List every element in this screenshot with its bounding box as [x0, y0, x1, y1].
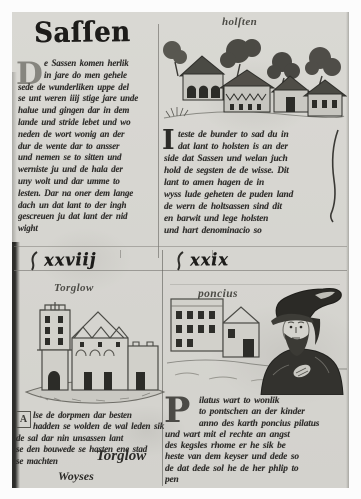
text-line: to pontschen an der kinder — [199, 407, 348, 418]
text-column-poncius: ilatus wart to wonlikto pontschen an der… — [165, 396, 348, 486]
text-line: hold de segsten de de wisse. Dit — [164, 165, 347, 177]
text-line: de dat dede sol he de her phlip to — [165, 464, 348, 475]
paragraph-mark — [30, 251, 40, 271]
text-line: hadden se wolden de wal leden sik — [33, 421, 166, 432]
castle-illustration — [20, 294, 170, 408]
text-line: dach un dat lant to der ingh — [18, 200, 159, 212]
column-divider-top — [158, 24, 159, 258]
text-line: anno des karth poncius pilatus — [199, 419, 348, 430]
text-line: in jare do men gehele — [44, 70, 159, 82]
text-line: wight — [18, 223, 159, 235]
text-line: dat lant to holsten is an der — [178, 141, 347, 153]
text-line: gescreuen ju dat lant der nid — [18, 211, 159, 223]
big-word-torglow: Torglow — [96, 448, 146, 465]
text-line: sede de wunderliken uppe del — [18, 82, 159, 94]
paragraph-mark — [176, 251, 186, 271]
village-illustration — [160, 36, 347, 132]
text-line: des kegsles rhome er he sik be — [165, 441, 348, 452]
column-divider-bottom — [162, 250, 163, 486]
text-line: lse de dorpmen dar besten — [33, 410, 166, 421]
text-line: se unt weren iiij stige jare unde — [18, 93, 159, 105]
text-line: de sal dar nin unsassen lant — [16, 433, 166, 444]
text-line: e Sassen komen herlik — [44, 58, 159, 70]
text-line: neden de wort wonig an der — [18, 129, 159, 141]
text-line: de wern de holtsassen sind dit — [164, 201, 347, 213]
margin-flourish — [328, 128, 342, 224]
manuscript-page: Saſſen D e Sassen komen herlikin jare do… — [12, 12, 349, 488]
text-line: und wart mit el rechte an angst — [165, 430, 348, 441]
text-line: dur de wente dar to ansser — [18, 141, 159, 153]
photo-frame: Saſſen D e Sassen komen herlikin jare do… — [0, 0, 361, 499]
text-line: heste van dem keyser und dede so — [165, 452, 348, 463]
text-line: werniste ju und de hala der — [18, 164, 159, 176]
text-line: uny wolt und dar umme to — [18, 176, 159, 188]
text-line: wyss lude geheten de puden land — [164, 189, 347, 201]
ruled-line — [14, 246, 347, 247]
text-line: halue und gingen dar in dem — [18, 105, 159, 117]
final-word: Woyses — [58, 469, 94, 484]
text-line: ilatus wart to wonlik — [199, 396, 348, 407]
text-line: side dat Sassen und welan juch — [164, 153, 347, 165]
chapter-heading-sassen: Saſſen — [34, 16, 131, 49]
caption-holsten: holſten — [222, 16, 257, 28]
text-line: lesten. Dar na oner dem lange — [18, 188, 159, 200]
text-line: teste de bunder to sad du in — [178, 129, 347, 141]
text-line: lant to amen hagen de in — [164, 177, 347, 189]
poncius-illustration — [165, 283, 349, 395]
text-line: en barwit und lege holsten — [164, 213, 347, 225]
binding-shadow-upper — [12, 72, 17, 244]
rule-tick — [120, 250, 121, 258]
text-line: und nemen se to sitten und — [18, 152, 159, 164]
text-line: lande und stride lebet und wo — [18, 117, 159, 129]
caption-torglow: Torglow — [54, 282, 94, 294]
text-column-sassen: e Sassen komen herlikin jare do men gehe… — [18, 58, 159, 235]
text-line: pen — [165, 475, 348, 486]
chapter-number-xxviij: xxviij — [44, 249, 97, 270]
text-line: und hart denominacio so — [164, 225, 347, 237]
text-column-holsten: teste de bunder to sad du indat lant to … — [164, 129, 347, 237]
chapter-number-xxix: xxix — [190, 249, 229, 270]
